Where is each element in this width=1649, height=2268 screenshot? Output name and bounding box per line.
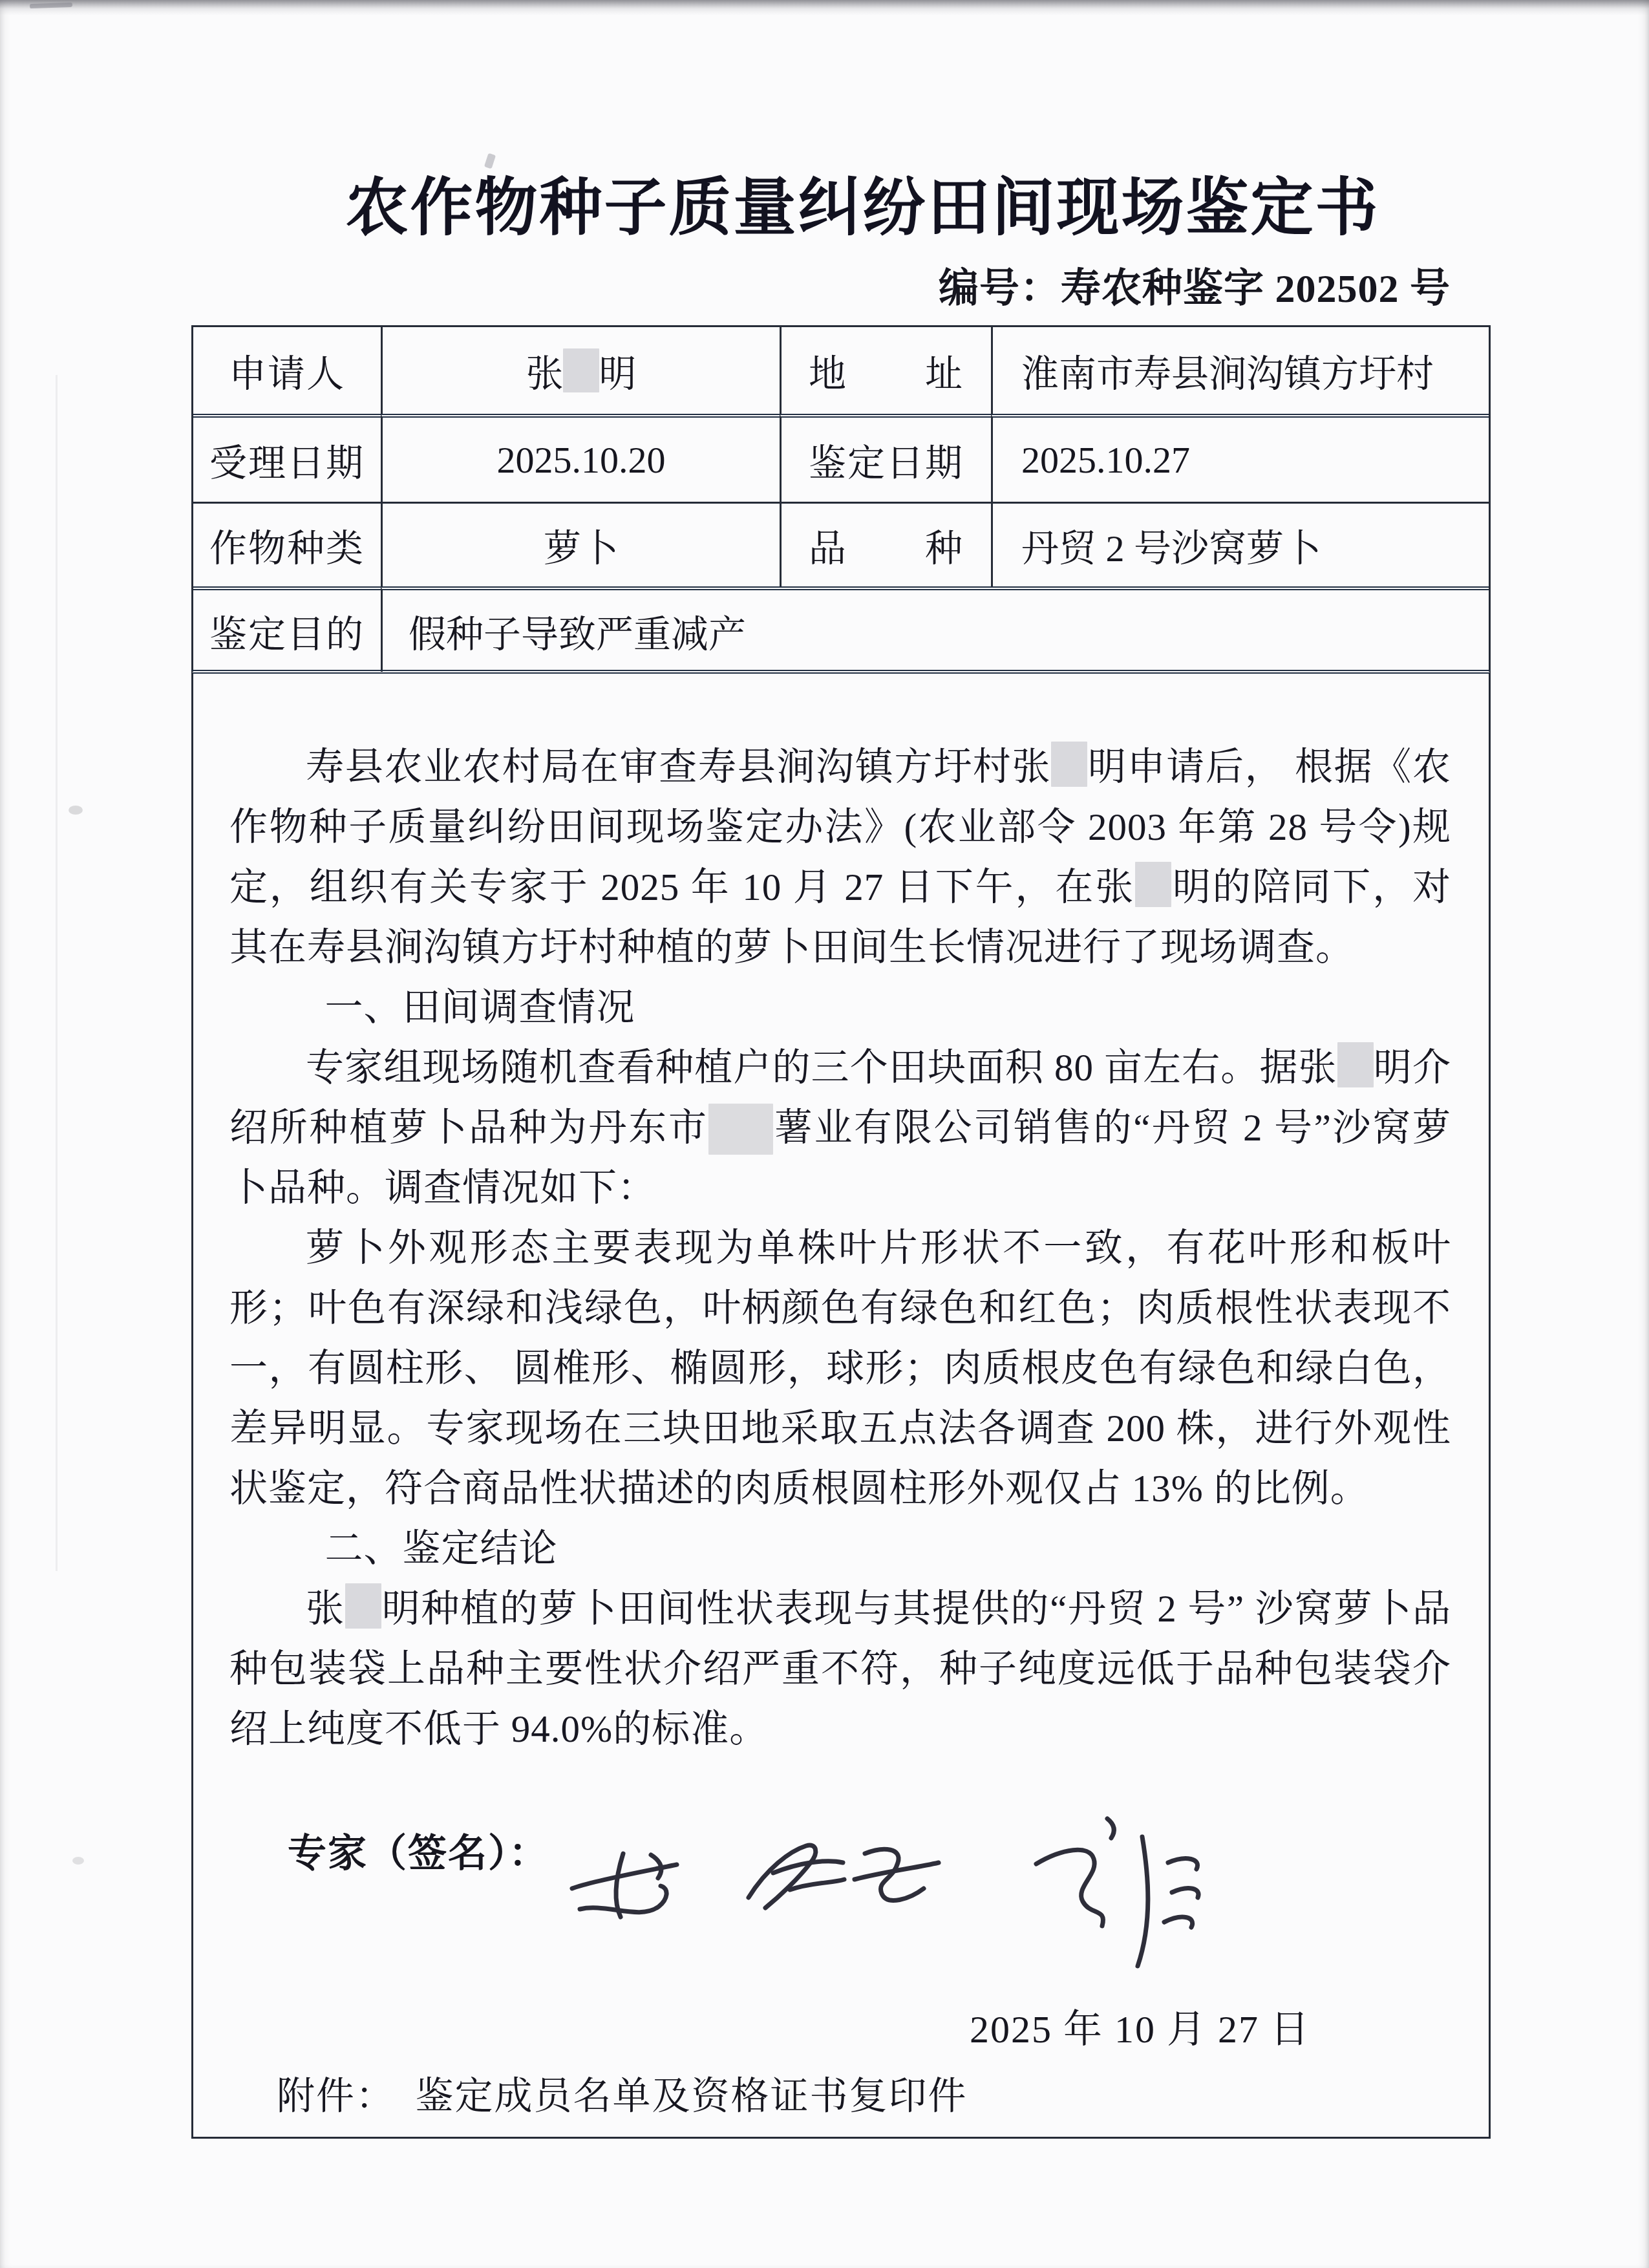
signature-label: 专家（签名）： (288, 1823, 549, 1878)
value-applicant: 张明 (381, 327, 780, 414)
appraisal-date-line: 2025 年 10 月 27 日 (229, 2000, 1451, 2060)
scan-speck (69, 806, 83, 815)
label-appraisal-purpose: 鉴定目的 (193, 586, 381, 672)
value-appraisal-date: 2025.10.27 (991, 414, 1489, 502)
value-address: 淮南市寿县涧沟镇方圩村 (991, 327, 1489, 414)
label-acceptance-date: 受理日期 (193, 414, 381, 502)
value-appraisal-purpose: 假种子导致严重减产 (381, 586, 1489, 672)
section-heading: 二、鉴定结论 (229, 1519, 1451, 1579)
applicant-given-name: 明 (599, 343, 637, 398)
label-address: 地 址 (780, 327, 991, 414)
info-table: 申请人 张明 地 址 淮南市寿县涧沟镇方圩村 受理日期 2025.10.20 鉴… (191, 325, 1491, 672)
document-number: 编号：寿农种鉴字 202502 号 (939, 256, 1451, 314)
body-paragraph: 萝卜外观形态主要表现为单株叶片形状不一致，有花叶形和板叶形；叶色有深绿和浅绿色，… (229, 1218, 1451, 1519)
body-paragraph: 寿县农业农村局在审查寿县涧沟镇方圩村张明申请后， 根据《农作物种子质量纠纷田间现… (229, 737, 1451, 978)
body-paragraph: 专家组现场随机查看种植户的三个田块面积 80 亩左右。据张明介绍所种植萝卜品种为… (229, 1038, 1451, 1218)
body-text: 寿县农业农村局在审查寿县涧沟镇方圩村张明申请后， 根据《农作物种子质量纠纷田间现… (229, 737, 1451, 1759)
redaction-box (563, 348, 599, 392)
redaction-box (1337, 1042, 1374, 1087)
signature-row: 专家（签名）： (229, 1797, 1451, 1966)
label-crop-type: 作物种类 (193, 502, 381, 586)
scan-speck (72, 1857, 84, 1865)
label-variety: 品 种 (780, 502, 991, 586)
signature-2 (728, 1833, 944, 1930)
redaction-box (708, 1104, 773, 1155)
scan-edge-artifact (0, 0, 1649, 16)
scan-fold-line (56, 375, 58, 1571)
value-crop-type: 萝卜 (381, 502, 780, 586)
body-paragraph: 张明种植的萝卜田间性状表现与其提供的“丹贸 2 号” 沙窝萝卜品种包装袋上品种主… (229, 1579, 1451, 1759)
applicant-surname: 张 (526, 343, 563, 398)
signature-3 (1009, 1811, 1239, 1973)
body-box: 寿县农业农村局在审查寿县涧沟镇方圩村张明申请后， 根据《农作物种子质量纠纷田间现… (191, 670, 1491, 2139)
document-title: 农作物种子质量纠纷田间现场鉴定书 (0, 156, 1649, 247)
redaction-box (345, 1583, 381, 1629)
section-heading: 一、田间调查情况 (229, 978, 1451, 1038)
scanned-document-page: 农作物种子质量纠纷田间现场鉴定书 编号：寿农种鉴字 202502 号 申请人 张… (0, 0, 1649, 2268)
redaction-box (1051, 742, 1087, 787)
redaction-box (1135, 862, 1171, 907)
attachment-note: 附件： 鉴定成员名单及资格证书复印件 (229, 2066, 1451, 2126)
value-acceptance-date: 2025.10.20 (381, 414, 780, 502)
label-appraisal-date: 鉴定日期 (780, 414, 991, 502)
value-variety: 丹贸 2 号沙窝萝卜 (991, 502, 1489, 586)
signature-1 (560, 1843, 686, 1931)
label-applicant: 申请人 (193, 327, 381, 414)
